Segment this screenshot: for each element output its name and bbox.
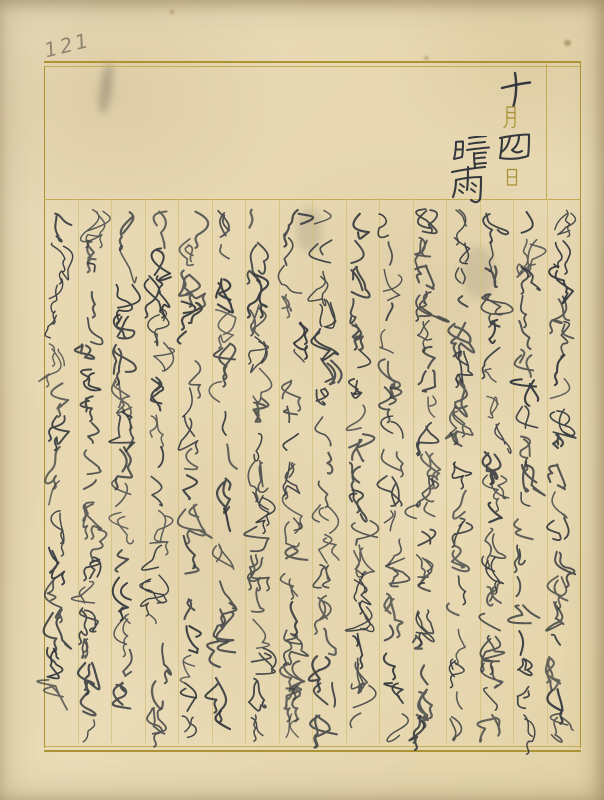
page-frame-line (580, 61, 581, 748)
handwritten-column (378, 206, 415, 758)
handwritten-column (112, 206, 144, 758)
handwritten-column (146, 206, 177, 758)
handwritten-column (547, 206, 580, 758)
pencil-page-number: 121 (42, 28, 94, 63)
handwritten-column (445, 206, 481, 758)
handwritten-column (180, 206, 210, 758)
weather-kanji-rain (450, 166, 488, 208)
diary-page: 121 (0, 0, 604, 800)
day-kanji-printed (506, 168, 518, 187)
day-number-handwritten (498, 131, 532, 165)
age-spot (170, 10, 174, 14)
handwritten-column (44, 206, 78, 758)
page-frame-line (44, 66, 581, 67)
ink-smudge (96, 61, 115, 114)
handwritten-column (246, 206, 279, 758)
handwritten-column (479, 206, 514, 758)
page-frame-line (44, 61, 581, 63)
handwritten-column (213, 206, 244, 758)
handwritten-column (411, 206, 449, 758)
age-spot (564, 40, 571, 46)
handwritten-column (513, 206, 547, 758)
handwritten-column (78, 206, 111, 758)
date-box-line (546, 62, 547, 200)
handwritten-column (312, 206, 347, 758)
month-kanji-printed (503, 105, 519, 130)
handwritten-column (279, 206, 313, 758)
handwritten-column (345, 206, 381, 758)
age-spot (424, 56, 429, 60)
weather-kanji-clear (452, 136, 492, 170)
